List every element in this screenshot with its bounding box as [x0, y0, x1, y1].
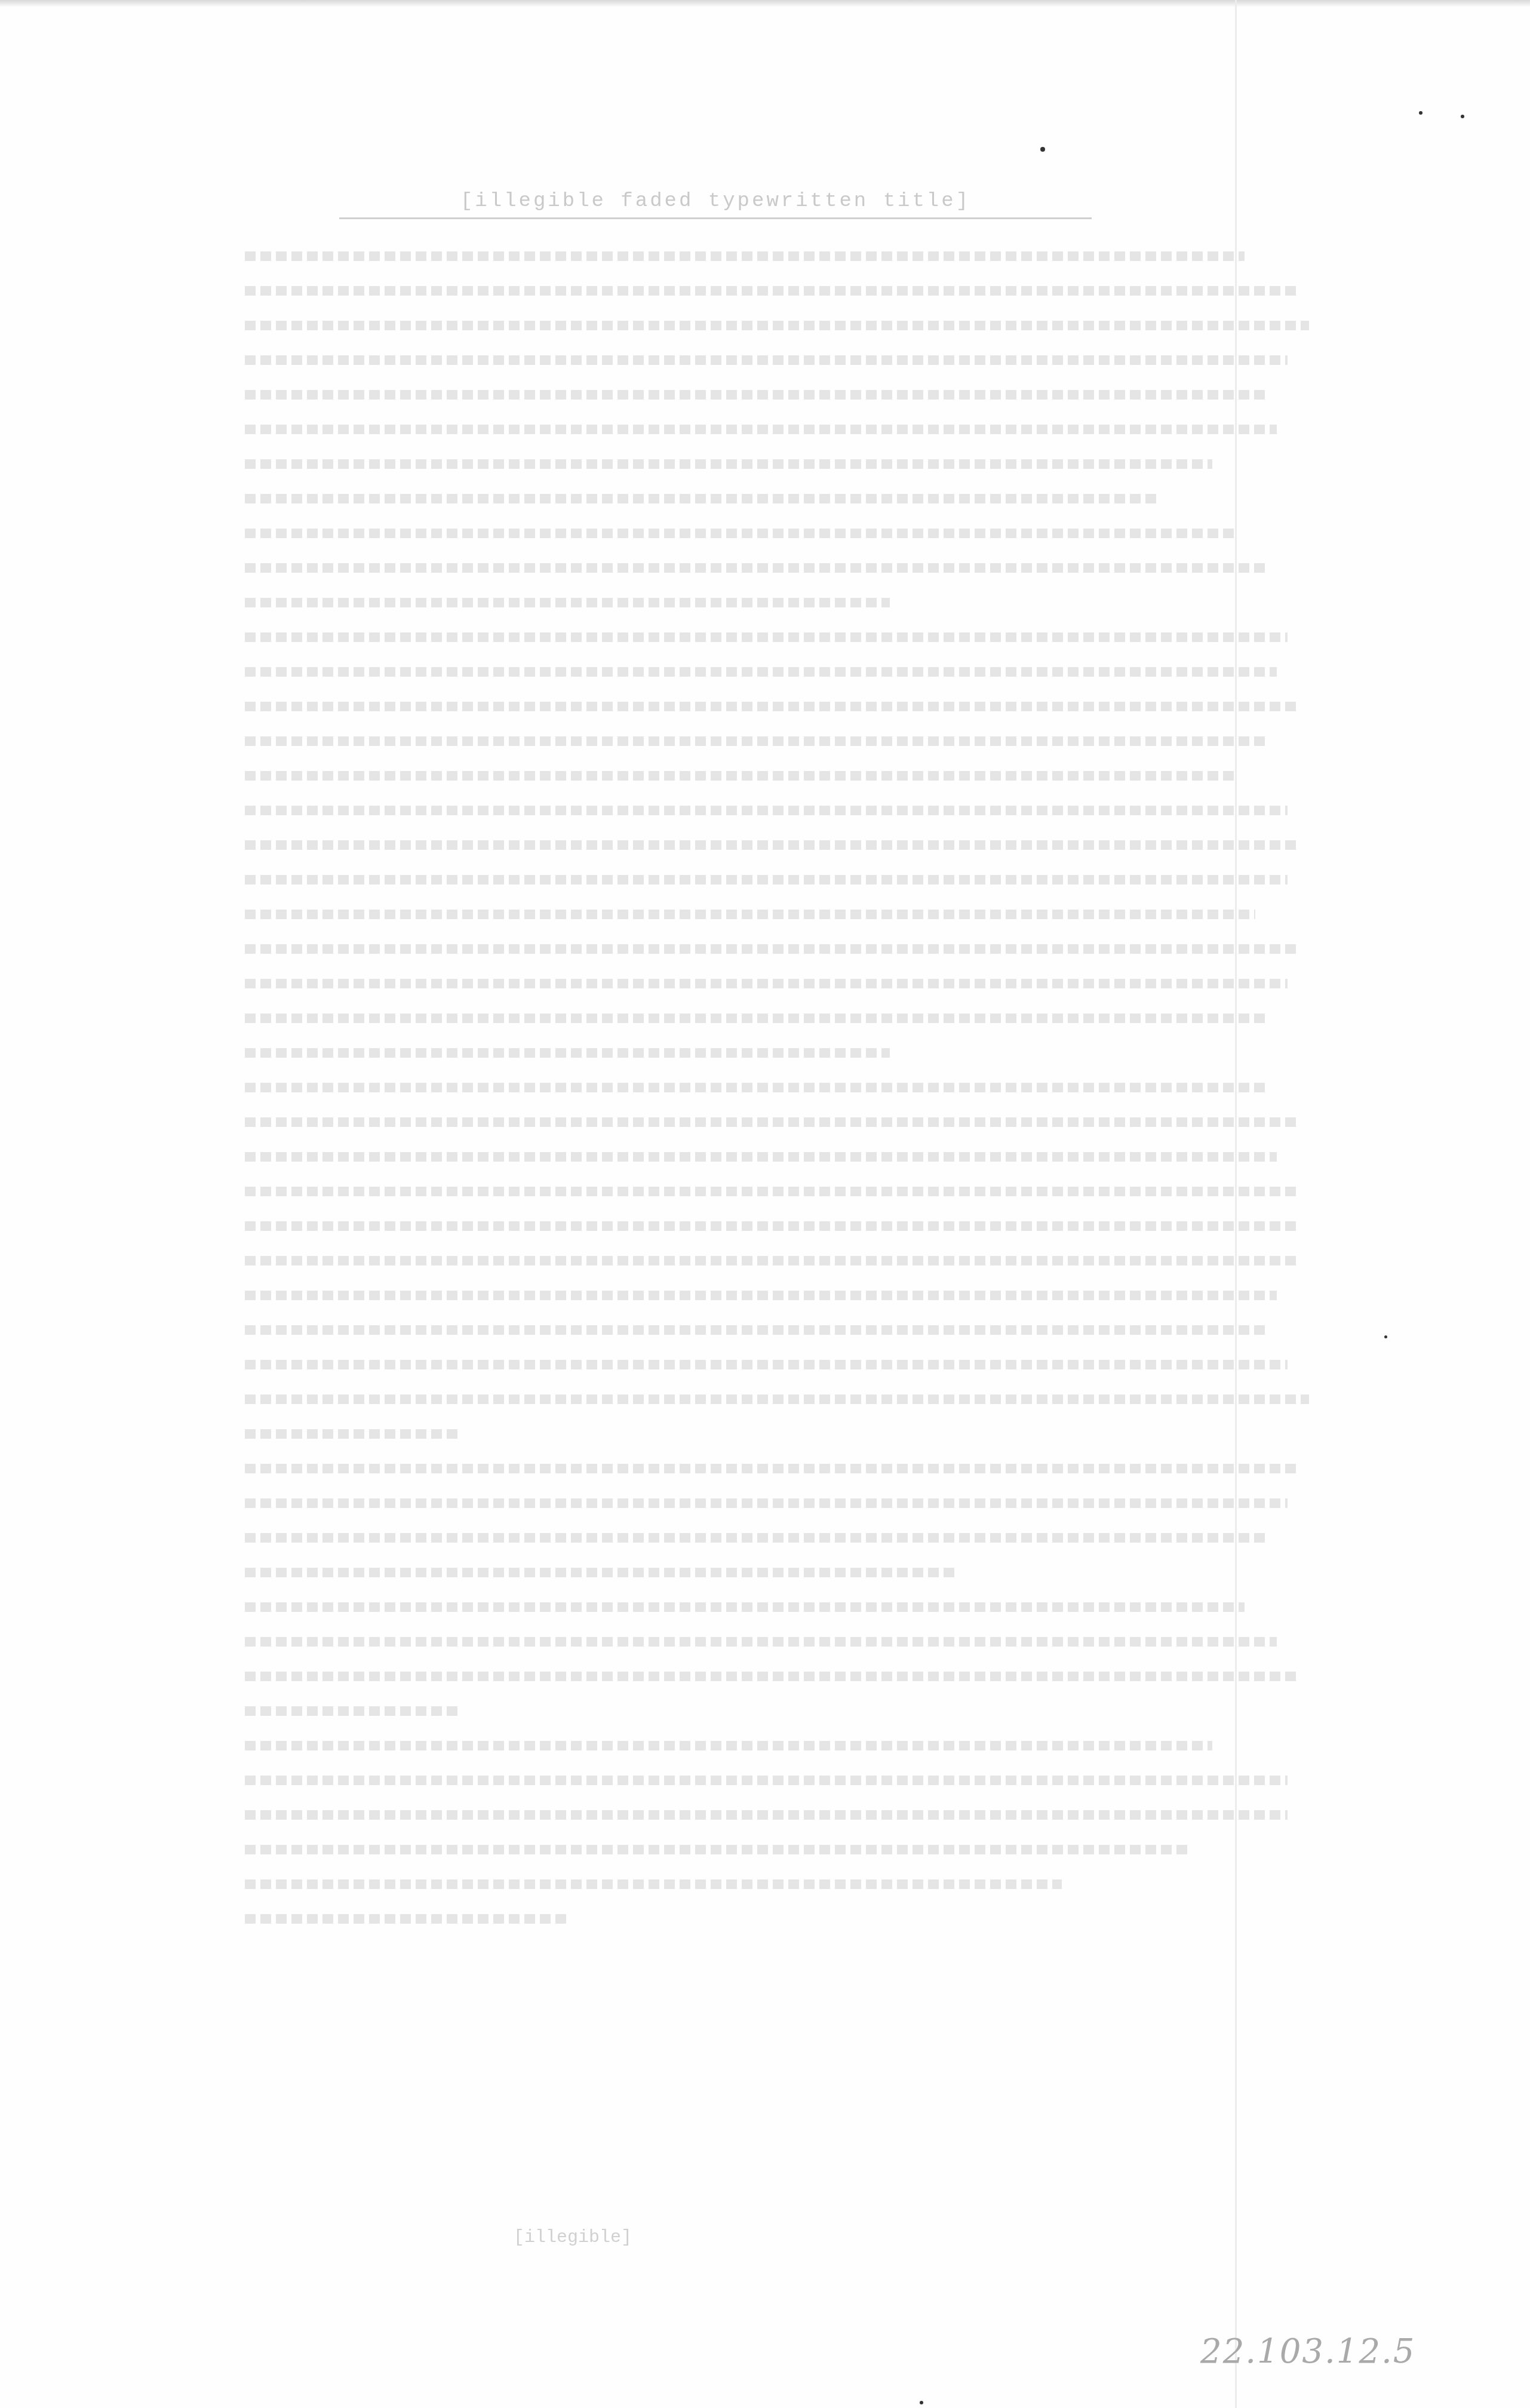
faded-ink — [245, 1429, 460, 1439]
faded-ink — [245, 736, 1266, 746]
handwritten-annotation: 22.103.12.5 — [1200, 2332, 1415, 2371]
document-title: [illegible faded typewritten title] — [339, 190, 1092, 219]
text-line — [245, 793, 1320, 828]
text-line — [245, 516, 1320, 551]
faded-ink — [245, 632, 1288, 642]
text-line — [245, 655, 1320, 689]
text-line — [245, 828, 1320, 862]
text-line — [245, 274, 1320, 308]
faded-ink — [245, 286, 1298, 296]
faded-ink — [245, 1360, 1288, 1369]
text-line — [245, 447, 1320, 481]
text-line — [245, 1036, 1320, 1070]
faded-ink — [245, 1187, 1298, 1196]
text-line — [245, 620, 1320, 655]
ink-speck — [1040, 147, 1045, 152]
text-line — [245, 932, 1320, 966]
faded-ink — [245, 1152, 1277, 1162]
faded-ink — [245, 1810, 1288, 1820]
faded-ink — [245, 1637, 1277, 1647]
faded-ink — [245, 667, 1277, 677]
text-line — [245, 1624, 1320, 1659]
document-body — [245, 239, 1320, 1936]
faded-ink — [245, 1533, 1266, 1543]
faded-ink — [245, 1395, 1309, 1404]
text-line — [245, 1105, 1320, 1139]
page-number: [illegible] — [514, 2228, 632, 2248]
text-line — [245, 585, 1320, 620]
faded-ink — [245, 1706, 460, 1716]
faded-ink — [245, 1879, 1062, 1889]
text-line — [245, 1139, 1320, 1174]
text-line — [245, 1313, 1320, 1347]
text-line — [245, 1451, 1320, 1486]
faded-ink — [245, 1672, 1298, 1681]
faded-ink — [245, 1568, 954, 1577]
text-line — [245, 1382, 1320, 1417]
text-line — [245, 412, 1320, 447]
faded-ink — [245, 1464, 1298, 1473]
text-line — [245, 1867, 1320, 1902]
scanned-page: [illegible faded typewritten title] [ill… — [0, 0, 1530, 2408]
faded-ink — [245, 1914, 567, 1924]
faded-ink — [245, 251, 1245, 261]
faded-ink — [245, 355, 1288, 365]
faded-ink — [245, 1845, 1191, 1854]
text-line — [245, 1347, 1320, 1382]
text-line — [245, 897, 1320, 932]
text-line — [245, 239, 1320, 274]
faded-ink — [245, 979, 1288, 988]
faded-ink — [245, 321, 1309, 330]
text-line — [245, 862, 1320, 897]
faded-ink — [245, 598, 890, 607]
text-line — [245, 551, 1320, 585]
faded-ink — [245, 1325, 1266, 1335]
text-line — [245, 1070, 1320, 1105]
faded-ink — [245, 840, 1298, 850]
text-line — [245, 966, 1320, 1001]
faded-ink — [245, 529, 1234, 538]
text-line — [245, 1001, 1320, 1036]
faded-ink — [245, 771, 1234, 781]
ink-speck — [920, 2401, 923, 2404]
text-line — [245, 1174, 1320, 1209]
text-line — [245, 1728, 1320, 1763]
text-line — [245, 1798, 1320, 1832]
text-line — [245, 1486, 1320, 1521]
faded-ink — [245, 459, 1212, 469]
faded-ink — [245, 425, 1277, 434]
text-line — [245, 377, 1320, 412]
faded-ink — [245, 1776, 1288, 1785]
faded-ink — [245, 1498, 1288, 1508]
text-line — [245, 1902, 1320, 1936]
text-line — [245, 1209, 1320, 1243]
faded-ink — [245, 702, 1298, 711]
ink-speck — [1384, 1335, 1387, 1338]
text-line — [245, 1243, 1320, 1278]
faded-ink — [245, 1256, 1298, 1266]
text-line — [245, 1555, 1320, 1590]
text-line — [245, 1278, 1320, 1313]
text-line — [245, 481, 1320, 516]
text-line — [245, 1521, 1320, 1555]
faded-ink — [245, 910, 1255, 919]
faded-ink — [245, 875, 1288, 884]
text-line — [245, 308, 1320, 343]
text-line — [245, 1590, 1320, 1624]
text-line — [245, 1832, 1320, 1867]
faded-ink — [245, 944, 1298, 954]
faded-ink — [245, 1291, 1277, 1300]
faded-ink — [245, 494, 1159, 503]
faded-ink — [245, 1602, 1245, 1612]
text-line — [245, 1694, 1320, 1728]
text-line — [245, 1417, 1320, 1451]
faded-ink — [245, 1117, 1298, 1127]
faded-ink — [245, 390, 1266, 400]
text-line — [245, 343, 1320, 377]
page-top-edge — [0, 0, 1530, 7]
faded-ink — [245, 806, 1288, 815]
faded-ink — [245, 1741, 1212, 1750]
faded-ink — [245, 1083, 1266, 1092]
text-line — [245, 758, 1320, 793]
text-line — [245, 724, 1320, 758]
ink-speck — [1461, 115, 1464, 118]
faded-ink — [245, 1048, 890, 1058]
ink-speck — [1419, 111, 1423, 115]
text-line — [245, 1763, 1320, 1798]
faded-ink — [245, 563, 1266, 573]
faded-ink — [245, 1221, 1298, 1231]
text-line — [245, 1659, 1320, 1694]
faded-ink — [245, 1013, 1266, 1023]
text-line — [245, 689, 1320, 724]
